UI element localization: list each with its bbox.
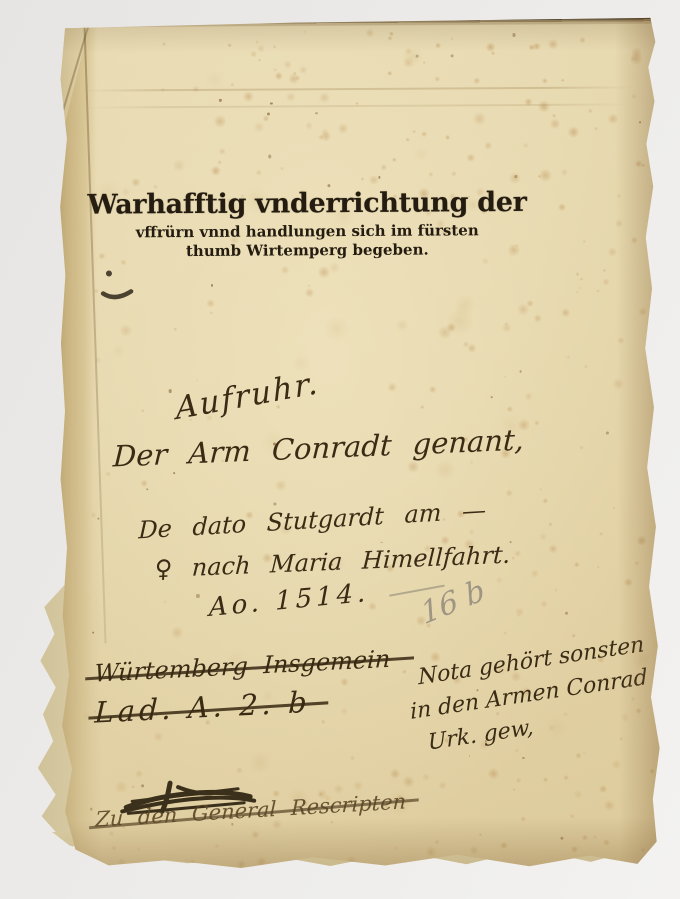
foxing-spot [423, 61, 426, 65]
foxing-spot [118, 858, 126, 866]
foxing-spot [450, 38, 454, 41]
foxing-spot [412, 130, 416, 134]
foxing-spot [293, 72, 297, 76]
foxing-spot [580, 278, 583, 281]
foxing-spot [512, 556, 515, 560]
foxing-spot [631, 93, 637, 99]
foxing-speck [491, 396, 493, 398]
foxing-spot [588, 109, 593, 114]
foxing-spot [504, 322, 508, 325]
foxing-spot [428, 386, 436, 394]
foxing-spot [108, 830, 114, 837]
foxing-spot [569, 813, 576, 818]
foxing-speck [173, 473, 175, 475]
foxing-spot [340, 678, 349, 687]
manuscript-title-page: Warhafftig vnderrichtung der vffrürn vnn… [55, 16, 661, 871]
foxing-spot [473, 78, 481, 85]
foxing-spot [558, 203, 567, 210]
foxing-spot [649, 768, 655, 774]
foxing-spot [648, 354, 652, 358]
foxing-spot [506, 489, 514, 498]
foxing-spot [499, 842, 509, 850]
foxing-spot [568, 126, 580, 139]
foxing-spot [482, 257, 489, 265]
foxing-spot [612, 759, 622, 770]
foxing-spot [317, 265, 329, 279]
foxing-spot [478, 833, 482, 836]
foxing-spot [350, 755, 355, 761]
foxing-spot [237, 859, 247, 868]
foxing-spot [517, 614, 520, 617]
foxing-spot [434, 839, 440, 844]
foxing-spot [435, 43, 442, 49]
foxing-spot [469, 460, 474, 464]
foxing-speck [639, 121, 641, 123]
foxing-spot [305, 287, 314, 298]
foxing-spot [294, 75, 301, 80]
printed-title: Warhafftig vnderrichtung der vffrürn vnn… [84, 187, 529, 261]
foxing-spot [446, 306, 475, 336]
foxing-speck [196, 594, 199, 597]
foxing-spot [578, 286, 582, 289]
foxing-spot [255, 40, 260, 44]
foxing-spot [503, 632, 507, 636]
foxing-spot [320, 128, 331, 137]
foxing-spot [509, 171, 520, 184]
foxing-spot [273, 44, 277, 49]
foxing-spot [631, 46, 641, 59]
foxing-speck [613, 507, 615, 509]
foxing-spot [209, 310, 213, 315]
foxing-spot [360, 177, 365, 181]
foxing-spot [206, 299, 215, 309]
foxing-spot [561, 308, 570, 318]
foxing-spot [603, 269, 606, 273]
foxing-spot [387, 36, 393, 41]
foxing-spot [339, 707, 349, 716]
foxing-spot [387, 70, 393, 76]
foxing-speck [267, 112, 270, 115]
foxing-speck [146, 488, 149, 491]
foxing-speck [519, 370, 521, 372]
foxing-spot [394, 846, 397, 849]
foxing-spot [603, 800, 616, 811]
foxing-spot [229, 83, 234, 88]
foxing-spot [641, 164, 645, 168]
foxing-spot [435, 76, 440, 82]
foxing-spot [191, 861, 196, 867]
foxing-spot [288, 73, 300, 84]
foxing-spot [469, 529, 475, 535]
foxing-spot [320, 719, 325, 724]
foxing-spot [638, 307, 648, 316]
foxing-spot [599, 532, 603, 535]
foxing-spot [396, 318, 408, 333]
foxing-spot [120, 260, 127, 266]
foxing-spot [576, 272, 580, 277]
foxing-spot [539, 488, 542, 491]
foxing-speck [606, 431, 609, 434]
printed-title-line2: vffrürn vnnd handlungen sich im fürsten [85, 221, 530, 242]
foxing-spot [502, 375, 506, 378]
foxing-spot [330, 820, 333, 824]
foxing-spot [111, 345, 126, 357]
foxing-spot [353, 780, 364, 791]
foxing-spot [582, 834, 589, 840]
foxing-spot [195, 379, 199, 382]
foxing-spot [617, 193, 621, 199]
foxing-spot [533, 314, 542, 323]
foxing-spot [303, 30, 306, 33]
foxing-speck [270, 102, 273, 105]
foxing-spot [520, 816, 527, 822]
foxing-spot [405, 48, 413, 55]
foxing-spot [140, 479, 148, 487]
foxing-spot [236, 766, 244, 773]
foxing-spot [406, 138, 411, 142]
foxing-spot [283, 59, 291, 69]
foxing-speck [97, 518, 99, 520]
foxing-spot [262, 116, 271, 122]
foxing-spot [599, 784, 607, 793]
foxing-spot [573, 790, 584, 798]
foxing-speck [273, 503, 276, 506]
foxing-spot [602, 278, 610, 285]
foxing-spot [305, 121, 313, 131]
printed-title-line3: thumb Wirtemperg begeben. [85, 240, 530, 261]
foxing-spot [514, 550, 522, 557]
foxing-spot [255, 170, 262, 176]
foxing-spot [490, 52, 495, 55]
foxing-speck [561, 837, 564, 840]
foxing-spot [275, 72, 283, 81]
foxing-spot [466, 154, 475, 162]
foxing-spot [402, 56, 414, 68]
foxing-spot [450, 171, 457, 177]
foxing-speck [315, 112, 317, 114]
ink-smudge [99, 267, 143, 307]
foxing-speck [512, 33, 515, 36]
foxing-spot [608, 246, 618, 257]
foxing-spot [421, 130, 428, 137]
foxing-spot [584, 364, 588, 368]
foxing-spot [612, 377, 623, 390]
foxing-spot [243, 90, 254, 102]
foxing-spot [579, 446, 584, 450]
foxing-spot [454, 292, 475, 318]
foxing-spot [634, 160, 643, 167]
foxing-spot [617, 337, 625, 343]
foxing-spot [173, 327, 177, 331]
foxing-spot [401, 670, 407, 675]
foxing-spot [252, 830, 260, 840]
foxing-spot [366, 28, 375, 38]
foxing-spot [542, 497, 548, 503]
foxing-speck [378, 176, 380, 178]
foxing-spot [563, 775, 569, 781]
foxing-spot [630, 52, 642, 67]
foxing-spot [517, 303, 529, 316]
foxing-spot [214, 843, 220, 849]
foxing-spot [607, 113, 619, 125]
foxing-spot [447, 322, 457, 333]
foxing-spot [462, 342, 469, 347]
foxing-speck [469, 755, 471, 757]
foxing-spot [323, 316, 350, 342]
foxing-spot [105, 472, 111, 477]
foxing-spot [531, 569, 540, 578]
foxing-spot [488, 767, 499, 780]
foxing-spot [534, 420, 540, 426]
foxing-speck [169, 389, 172, 392]
foxing-spot [112, 845, 117, 850]
foxing-spot [473, 111, 486, 126]
foxing-spot [210, 166, 221, 176]
foxing-speck [211, 284, 213, 286]
foxing-speck [515, 175, 518, 178]
foxing-spot [630, 57, 635, 60]
foxing-spot [554, 589, 558, 593]
foxing-spot [634, 561, 640, 567]
foxing-spot [217, 160, 222, 165]
foxing-spot [597, 566, 600, 569]
foxing-spot [570, 846, 578, 853]
foxing-spot [602, 839, 610, 845]
foxing-spot [631, 237, 638, 244]
foxing-spot [247, 753, 273, 773]
foxing-spot [550, 118, 560, 129]
foxing-spot [552, 114, 557, 118]
foxing-spot [561, 79, 565, 82]
foxing-spot [307, 284, 311, 287]
foxing-spot [428, 172, 434, 177]
foxing-spot [400, 46, 423, 68]
foxing-spot [596, 289, 600, 292]
photo-background: Warhafftig vnderrichtung der vffrürn vnn… [0, 0, 680, 899]
foxing-speck [381, 541, 383, 543]
foxing-spot [515, 748, 519, 752]
foxing-spot [445, 134, 450, 140]
foxing-spot [389, 769, 401, 779]
foxing-spot [141, 409, 145, 412]
foxing-spot [529, 44, 535, 51]
foxing-spot [502, 323, 513, 332]
foxing-spot [512, 788, 516, 791]
foxing-spot [583, 751, 586, 754]
foxing-spot [640, 848, 645, 853]
foxing-spot [162, 601, 166, 604]
foxing-spot [548, 544, 557, 553]
foxing-spot [369, 175, 380, 185]
printed-title-line1: Warhafftig vnderrichtung der [84, 187, 529, 221]
foxing-spot [257, 45, 266, 53]
foxing-spot [619, 736, 625, 741]
foxing-spot [119, 323, 132, 337]
foxing-speck [328, 184, 331, 187]
foxing-spot [467, 344, 476, 354]
foxing-spot [329, 261, 340, 274]
foxing-spot [433, 461, 457, 479]
foxing-spot [484, 142, 492, 151]
foxing-spot [526, 300, 534, 308]
foxing-spot [380, 164, 387, 171]
foxing-spot [541, 600, 548, 608]
foxing-spot [338, 122, 348, 135]
foxing-spot [637, 535, 647, 546]
foxing-spot [273, 68, 278, 72]
foxing-speck [522, 757, 524, 759]
foxing-spot [420, 405, 425, 410]
foxing-spot [574, 562, 580, 568]
foxing-spot [407, 460, 419, 474]
foxing-spot [561, 169, 569, 176]
foxing-spot [321, 132, 331, 143]
foxing-spot [214, 114, 226, 129]
foxing-spot [505, 406, 514, 413]
foxing-spot [426, 845, 437, 858]
foxing-spot [438, 782, 447, 789]
foxing-spot [286, 92, 296, 103]
foxing-spot [515, 778, 522, 783]
foxing-spot [575, 752, 582, 758]
foxing-spot [392, 157, 398, 162]
foxing-spot [256, 856, 268, 867]
foxing-speck [219, 99, 221, 101]
foxing-speck [259, 59, 261, 61]
foxing-spot [537, 175, 541, 178]
foxing-spot [318, 135, 324, 141]
foxing-spot [496, 576, 503, 585]
foxing-speck [565, 612, 567, 614]
foxing-spot [136, 847, 141, 851]
foxing-spot [547, 38, 559, 49]
foxing-spot [522, 142, 529, 148]
foxing-speck [416, 55, 419, 58]
foxing-spot [346, 855, 356, 867]
foxing-spot [579, 36, 585, 43]
foxing-spot [130, 178, 141, 187]
foxing-spot [485, 43, 496, 52]
foxing-spot [171, 625, 183, 640]
foxing-spot [531, 42, 541, 50]
foxing-spot [543, 777, 548, 783]
foxing-spot [412, 146, 430, 163]
foxing-spot [438, 324, 451, 340]
foxing-spot [403, 775, 414, 789]
foxing-spot [548, 522, 552, 526]
foxing-spot [539, 532, 548, 540]
foxing-spot [470, 845, 479, 856]
foxing-spot [299, 66, 308, 74]
foxing-spot [250, 50, 258, 57]
foxing-spot [388, 31, 395, 36]
foxing-spot [421, 774, 431, 781]
foxing-spot [538, 100, 550, 113]
foxing-spot [539, 168, 551, 183]
foxing-spot [615, 219, 625, 227]
foxing-spot [280, 265, 290, 274]
foxing-spot [594, 127, 598, 130]
foxing-spot [274, 480, 287, 492]
foxing-spot [254, 122, 265, 132]
foxing-spot [227, 43, 231, 48]
foxing-spot [218, 147, 227, 155]
foxing-spot [279, 166, 284, 170]
foxing-spot [575, 291, 578, 294]
foxing-spot [542, 77, 548, 83]
foxing-spot [593, 835, 598, 840]
foxing-spot [172, 158, 185, 173]
foxing-spot [387, 382, 397, 393]
foxing-spot [153, 732, 164, 742]
foxing-spot [624, 578, 633, 588]
foxing-spot [162, 42, 167, 46]
foxing-speck [268, 155, 271, 158]
foxing-spot [583, 239, 587, 243]
foxing-spot [566, 355, 572, 360]
foxing-spot [515, 607, 524, 617]
foxing-spot [524, 392, 533, 401]
foxing-speck [450, 54, 453, 57]
foxing-spot [319, 92, 330, 105]
